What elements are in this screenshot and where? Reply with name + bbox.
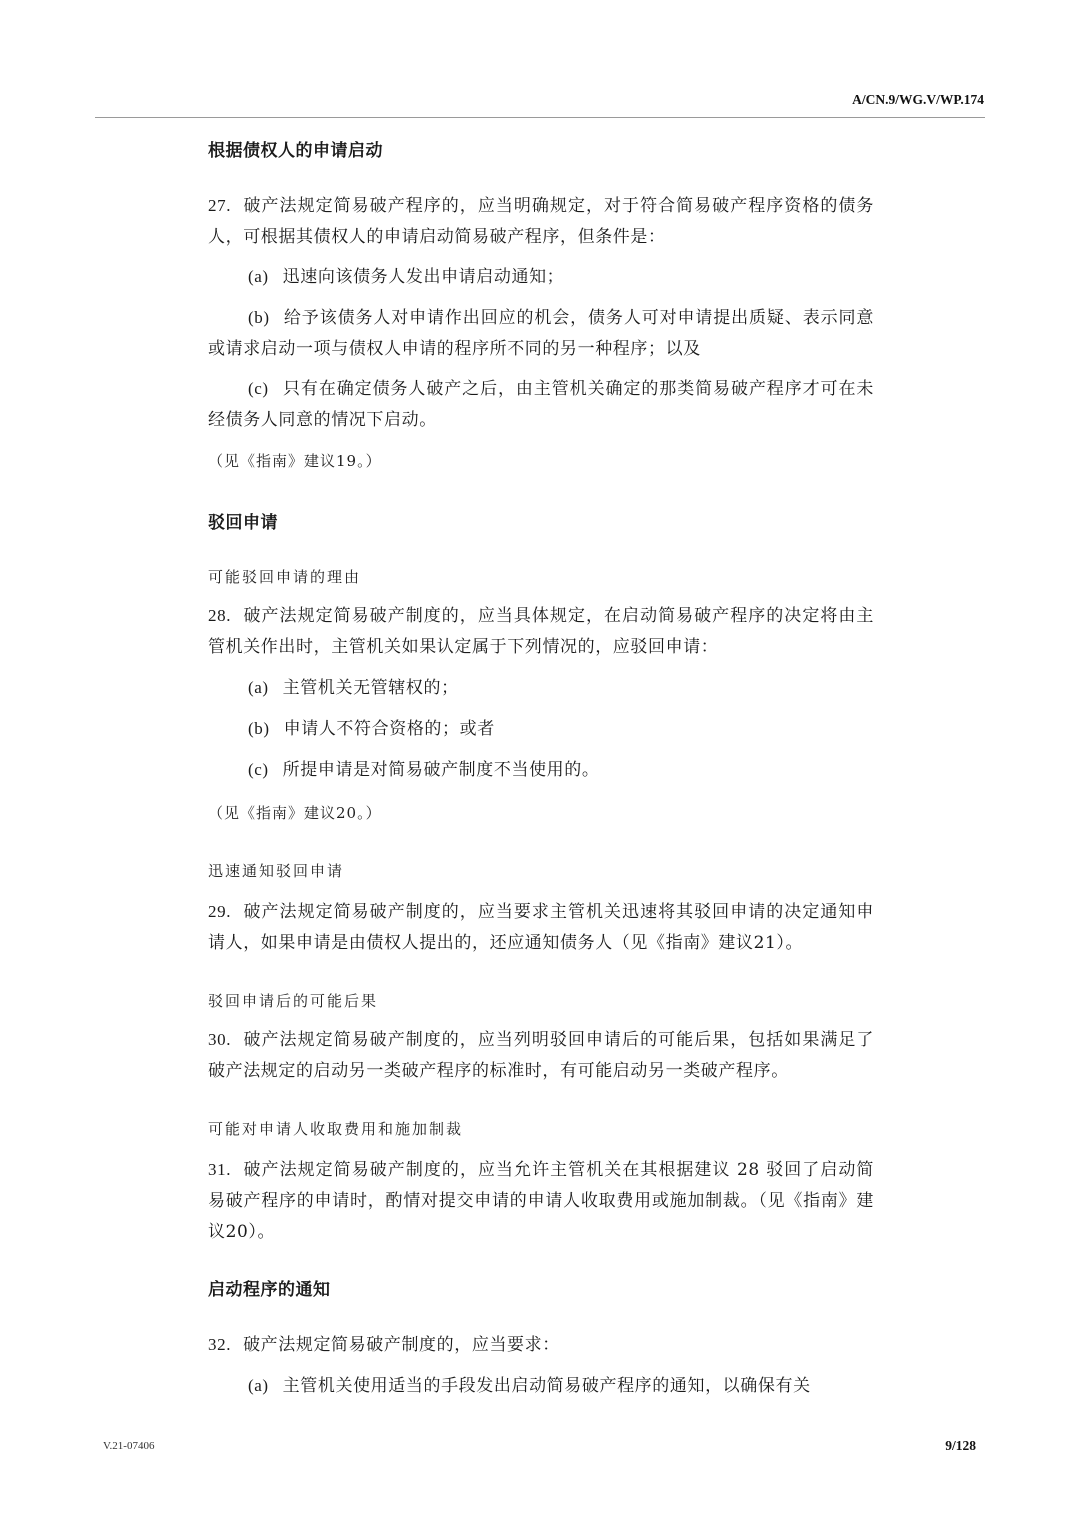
subsection-title-grounds: 可能驳回申请的理由 <box>208 566 361 587</box>
paragraph-number: 30. <box>208 1030 231 1049</box>
header-rule <box>95 117 985 118</box>
guide-reference: （见《指南》建议20。） <box>208 802 382 823</box>
item-text: 迅速向该债务人发出申请启动通知； <box>283 267 565 287</box>
item-text: 所提申请是对简易破产制度不当使用的。 <box>283 760 600 780</box>
item-label: (c) <box>248 379 269 398</box>
list-item: (a)主管机关使用适当的手段发出启动简易破产程序的通知，以确保有关 <box>208 1370 874 1402</box>
paragraph-number: 31. <box>208 1160 231 1179</box>
item-label: (b) <box>248 308 270 327</box>
subsection-title-costs-sanctions: 可能对申请人收取费用和施加制裁 <box>208 1118 463 1139</box>
paragraph-number: 29. <box>208 902 231 921</box>
paragraph-31: 31.破产法规定简易破产制度的，应当允许主管机关在其根据建议 28 驳回了启动简… <box>208 1154 874 1248</box>
guide-reference: （见《指南》建议19。） <box>208 450 382 471</box>
item-text: 给予该债务人对申请作出回应的机会，债务人可对申请提出质疑、表示同意或请求启动一项… <box>208 308 874 359</box>
footer-doc-number: V.21-07406 <box>103 1440 154 1452</box>
item-label: (a) <box>248 678 269 697</box>
paragraph-text: 破产法规定简易破产制度的，应当要求： <box>243 1335 560 1355</box>
header-doc-code: A/CN.9/WG.V/WP.174 <box>852 92 984 108</box>
paragraph-30: 30.破产法规定简易破产制度的，应当列明驳回申请后的可能后果，包括如果满足了破产… <box>208 1024 874 1087</box>
subsection-title-consequences: 驳回申请后的可能后果 <box>208 990 378 1011</box>
item-label: (b) <box>248 719 270 738</box>
paragraph-text: 破产法规定简易破产制度的，应当列明驳回申请后的可能后果，包括如果满足了破产法规定… <box>208 1030 874 1081</box>
item-label: (a) <box>248 267 269 286</box>
paragraph-number: 28. <box>208 606 231 625</box>
paragraph-text: 破产法规定简易破产制度的，应当允许主管机关在其根据建议 28 驳回了启动简易破产… <box>208 1160 874 1242</box>
list-item: (c)所提申请是对简易破产制度不当使用的。 <box>208 754 874 786</box>
paragraph-27: 27.破产法规定简易破产程序的，应当明确规定，对于符合简易破产程序资格的债务人，… <box>208 190 874 253</box>
list-item: (b)给予该债务人对申请作出回应的机会，债务人可对申请提出质疑、表示同意或请求启… <box>208 302 874 365</box>
item-text: 主管机关使用适当的手段发出启动简易破产程序的通知，以确保有关 <box>283 1376 811 1396</box>
paragraph-text: 破产法规定简易破产程序的，应当明确规定，对于符合简易破产程序资格的债务人，可根据… <box>208 196 874 247</box>
item-text: 只有在确定债务人破产之后，由主管机关确定的那类简易破产程序才可在未经债务人同意的… <box>208 379 874 430</box>
section-title-dismissal: 驳回申请 <box>208 508 278 533</box>
paragraph-number: 32. <box>208 1335 231 1354</box>
section-title-creditor-application: 根据债权人的申请启动 <box>208 136 383 161</box>
paragraph-text: 破产法规定简易破产制度的，应当要求主管机关迅速将其驳回申请的决定通知申请人，如果… <box>208 902 874 953</box>
item-label: (c) <box>248 760 269 779</box>
item-text: 主管机关无管辖权的； <box>283 678 459 698</box>
paragraph-number: 27. <box>208 196 231 215</box>
list-item: (a)主管机关无管辖权的； <box>208 672 874 704</box>
list-item: (a)迅速向该债务人发出申请启动通知； <box>208 261 874 293</box>
paragraph-28: 28.破产法规定简易破产制度的，应当具体规定，在启动简易破产程序的决定将由主管机… <box>208 600 874 663</box>
paragraph-text: 破产法规定简易破产制度的，应当具体规定，在启动简易破产程序的决定将由主管机关作出… <box>208 606 874 657</box>
paragraph-29: 29.破产法规定简易破产制度的，应当要求主管机关迅速将其驳回申请的决定通知申请人… <box>208 896 874 959</box>
list-item: (b)申请人不符合资格的；或者 <box>208 713 874 745</box>
section-title-notice-of-commencement: 启动程序的通知 <box>208 1275 331 1300</box>
subsection-title-prompt-notice: 迅速通知驳回申请 <box>208 860 344 881</box>
paragraph-32: 32.破产法规定简易破产制度的，应当要求： <box>208 1329 874 1361</box>
item-text: 申请人不符合资格的；或者 <box>284 719 495 739</box>
footer-page-number: 9/128 <box>945 1438 976 1454</box>
item-label: (a) <box>248 1376 269 1395</box>
list-item: (c)只有在确定债务人破产之后，由主管机关确定的那类简易破产程序才可在未经债务人… <box>208 373 874 436</box>
